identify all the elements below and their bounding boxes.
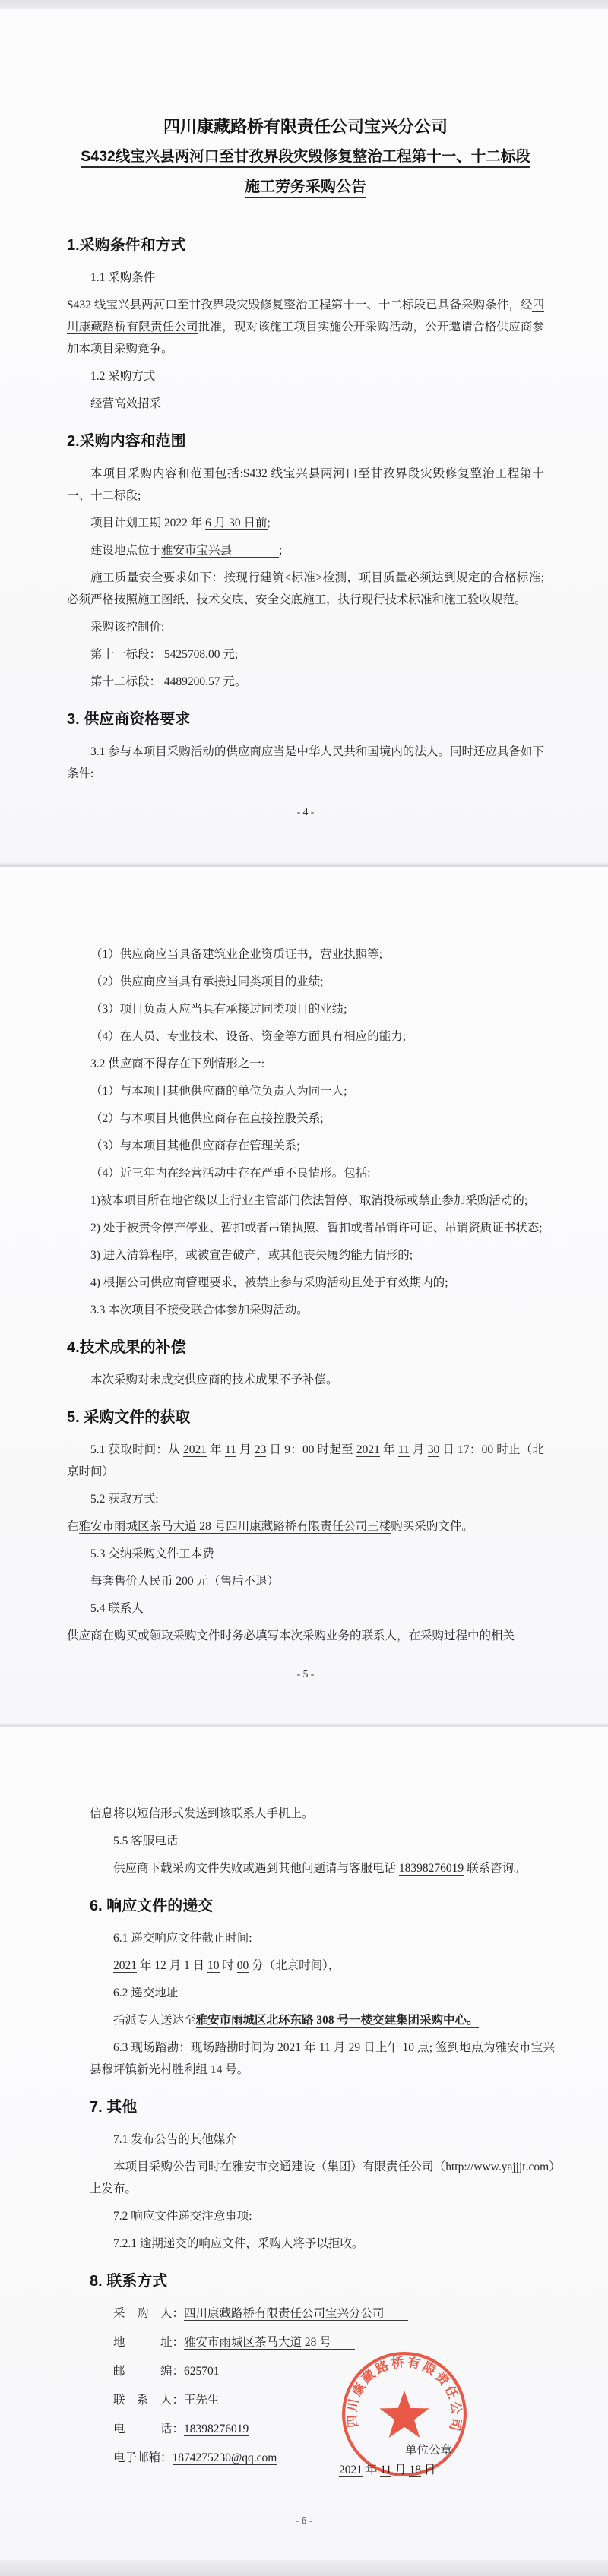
text-paragraph: （3）与本项目其他供应商存在管理关系;	[67, 1135, 544, 1157]
text-paragraph: 建设地点位于雅安市宝兴县 ;	[67, 539, 544, 561]
text-paragraph: 5.3 交纳采购文件工本费	[67, 1543, 544, 1565]
text-paragraph: 7.1 发布公告的其他媒介	[90, 2129, 555, 2151]
page-1: 四川康藏路桥有限责任公司宝兴分公司S432线宝兴县两河口至甘孜界段灾毁修复整治工…	[0, 9, 608, 861]
contact-address: 地 址：雅安市雨城区茶马大道 28 号	[90, 2331, 555, 2354]
scan-edge-band	[0, 2560, 608, 2576]
text-paragraph: 1.2 采购方式	[67, 365, 544, 387]
doc-title-line-2: S432线宝兴县两河口至甘孜界段灾毁修复整治工程第十一、十二标段	[67, 144, 544, 169]
text-paragraph: 1)被本项目所在地省级以上行业主管部门依法暂停、取消投标或禁止参加采购活动的;	[67, 1190, 544, 1212]
section-heading-3: 3. 供应商资格要求	[67, 708, 544, 731]
text-paragraph: S432 线宝兴县两河口至甘孜界段灾毁修复整治工程第十一、十二标段已具备采购条件…	[67, 294, 544, 360]
text-paragraph: 2) 处于被责令停产停业、暂扣或者吊销执照、暂扣或者吊销许可证、吊销资质证书状态…	[67, 1217, 544, 1239]
section-heading-7: 7. 其他	[90, 2096, 555, 2119]
seal-label: 单位公章	[405, 2444, 452, 2457]
text-paragraph: （2）与本项目其他供应商存在直接控股关系;	[67, 1108, 544, 1130]
text-paragraph: 5.2 获取方式:	[67, 1488, 544, 1510]
scanned-document: 四川康藏路桥有限责任公司宝兴分公司S432线宝兴县两河口至甘孜界段灾毁修复整治工…	[0, 0, 608, 2576]
text-paragraph: 施工质量安全要求如下：按现行建筑<标准>检测，项目质量必须达到规定的合格标准; …	[67, 567, 544, 611]
text-paragraph: 项目计划工期 2022 年 6 月 30 日前;	[67, 512, 544, 534]
page-3: 信息将以短信形式发送到该联系人手机上。5.5 客服电话供应商下载采购文件失败或遇…	[0, 1727, 608, 2560]
text-paragraph: （1）供应商应当具备建筑业企业资质证书，营业执照等;	[67, 943, 544, 966]
text-paragraph: 本次采购对未成交供应商的技术成果不予补偿。	[67, 1369, 544, 1391]
text-paragraph: 5.4 联系人	[67, 1598, 544, 1620]
text-paragraph: 供应商在购买或领取采购文件时务必填写本次采购业务的联系人，在采购过程中的相关	[67, 1625, 544, 1647]
text-paragraph: 指派专人送达至雅安市雨城区北环东路 308 号一楼交建集团采购中心。	[90, 2009, 555, 2031]
text-paragraph: 在雅安市雨城区茶马大道 28 号四川康藏路桥有限责任公司三楼购买采购文件。	[67, 1516, 544, 1538]
text-paragraph: 信息将以短信形式发送到该联系人手机上。	[90, 1803, 555, 1825]
text-paragraph: （1）与本项目其他供应商的单位负责人为同一人;	[67, 1080, 544, 1102]
section-heading-1: 1.采购条件和方式	[67, 234, 544, 257]
section-heading-5: 5. 采购文件的获取	[67, 1406, 544, 1429]
contact-person: 联 系 人：王先生	[90, 2389, 555, 2412]
text-paragraph: 6.1 递交响应文件截止时间:	[90, 1927, 555, 1949]
section-heading-6: 6. 响应文件的递交	[90, 1895, 555, 1917]
page-number: - 4 -	[67, 806, 544, 818]
star-icon	[379, 2391, 429, 2438]
text-paragraph: 经营高效招采	[67, 393, 544, 415]
announcement-date-line: 2021 年 11 月 18 日	[339, 2459, 435, 2481]
text-paragraph: （3）项目负责人应当具有承接过同类项目的业绩;	[67, 998, 544, 1020]
page-1-content: 四川康藏路桥有限责任公司宝兴分公司S432线宝兴县两河口至甘孜界段灾毁修复整治工…	[67, 115, 544, 785]
doc-title-line-3: 施工劳务采购公告	[67, 175, 544, 199]
doc-title-line-1: 四川康藏路桥有限责任公司宝兴分公司	[67, 115, 544, 138]
announcement-date: 2021 年 11 月 18 日	[339, 2459, 435, 2481]
contact-email: 电子邮箱：1874275230@qq.com	[90, 2447, 555, 2470]
text-paragraph: 本项目采购内容和范围包括:S432 线宝兴县两河口至甘孜界段灾毁修复整治工程第十…	[67, 463, 544, 507]
page-2-content: （1）供应商应当具备建筑业企业资质证书，营业执照等;（2）供应商应当具有承接过同…	[67, 943, 544, 1647]
seal-label-line: 单位公章	[334, 2441, 452, 2457]
contact-postcode: 邮 编：625701	[90, 2360, 555, 2383]
page-gap	[0, 1721, 608, 1727]
text-paragraph: 本项目采购公告同时在雅安市交通建设（集团）有限责任公司（http://www.y…	[90, 2156, 555, 2200]
text-paragraph: （4）在人员、专业技术、设备、资金等方面具有相应的能力;	[67, 1026, 544, 1048]
page-2: （1）供应商应当具备建筑业企业资质证书，营业执照等;（2）供应商应当具有承接过同…	[0, 867, 608, 1721]
text-paragraph: 5.5 客服电话	[90, 1830, 555, 1852]
text-paragraph: 采购该控制价:	[67, 616, 544, 638]
section-heading-2: 2.采购内容和范围	[67, 430, 544, 453]
text-paragraph: 7.2 响应文件递交注意事项:	[90, 2205, 555, 2227]
text-paragraph: 5.1 获取时间：从 2021 年 11 月 23 日 9：00 时起至 202…	[67, 1439, 544, 1483]
text-paragraph: 第十二标段： 4489200.57 元。	[67, 671, 544, 693]
text-paragraph: 7.2.1 逾期递交的响应文件，采购人将予以拒收。	[90, 2233, 555, 2255]
page-number: - 5 -	[67, 1668, 544, 1680]
text-paragraph: （2）供应商应当具有承接过同类项目的业绩;	[67, 971, 544, 993]
text-paragraph: 2021 年 12 月 1 日 10 时 00 分（北京时间），	[90, 1955, 555, 1977]
text-paragraph: 供应商下载采购文件失败或遇到其他问题请与客服电话 18398276019 联系咨…	[90, 1857, 555, 1879]
page-3-content: 信息将以短信形式发送到该联系人手机上。5.5 客服电话供应商下载采购文件失败或遇…	[90, 1803, 555, 2470]
page-number: - 6 -	[0, 2514, 608, 2527]
section-heading-4: 4.技术成果的补偿	[67, 1336, 544, 1359]
signature-blank	[334, 2444, 405, 2457]
text-paragraph: 3) 进入清算程序，或被宣告破产，或其他丧失履约能力情形的;	[67, 1244, 544, 1266]
page-gap	[0, 861, 608, 867]
text-paragraph: 第十一标段： 5425708.00 元;	[67, 643, 544, 665]
text-paragraph: 1.1 采购条件	[67, 267, 544, 289]
text-paragraph: 每套售价人民币 200 元（售后不退）	[67, 1570, 544, 1592]
text-paragraph: 3.1 参与本项目采购活动的供应商应当是中华人民共和国境内的法人。同时还应具备如…	[67, 741, 544, 785]
contact-purchaser: 采 购 人：四川康藏路桥有限责任公司宝兴分公司	[90, 2303, 555, 2325]
text-paragraph: （4）近三年内在经营活动中存在严重不良情形。包括:	[67, 1162, 544, 1184]
text-paragraph: 6.3 现场踏勘：现场踏勘时间为 2021 年 11 月 29 日上午 10 点…	[90, 2037, 555, 2081]
text-paragraph: 3.2 供应商不得存在下列情形之一:	[67, 1053, 544, 1075]
contact-phone: 电 话：18398276019	[90, 2418, 555, 2441]
text-paragraph: 6.2 递交地址	[90, 1982, 555, 2004]
scan-edge-band	[0, 0, 608, 9]
text-paragraph: 3.3 本次项目不接受联合体参加采购活动。	[67, 1299, 544, 1321]
text-paragraph: 4) 根据公司供应商管理要求，被禁止参与采购活动且处于有效期内的;	[67, 1272, 544, 1294]
section-heading-8: 8. 联系方式	[90, 2270, 555, 2293]
